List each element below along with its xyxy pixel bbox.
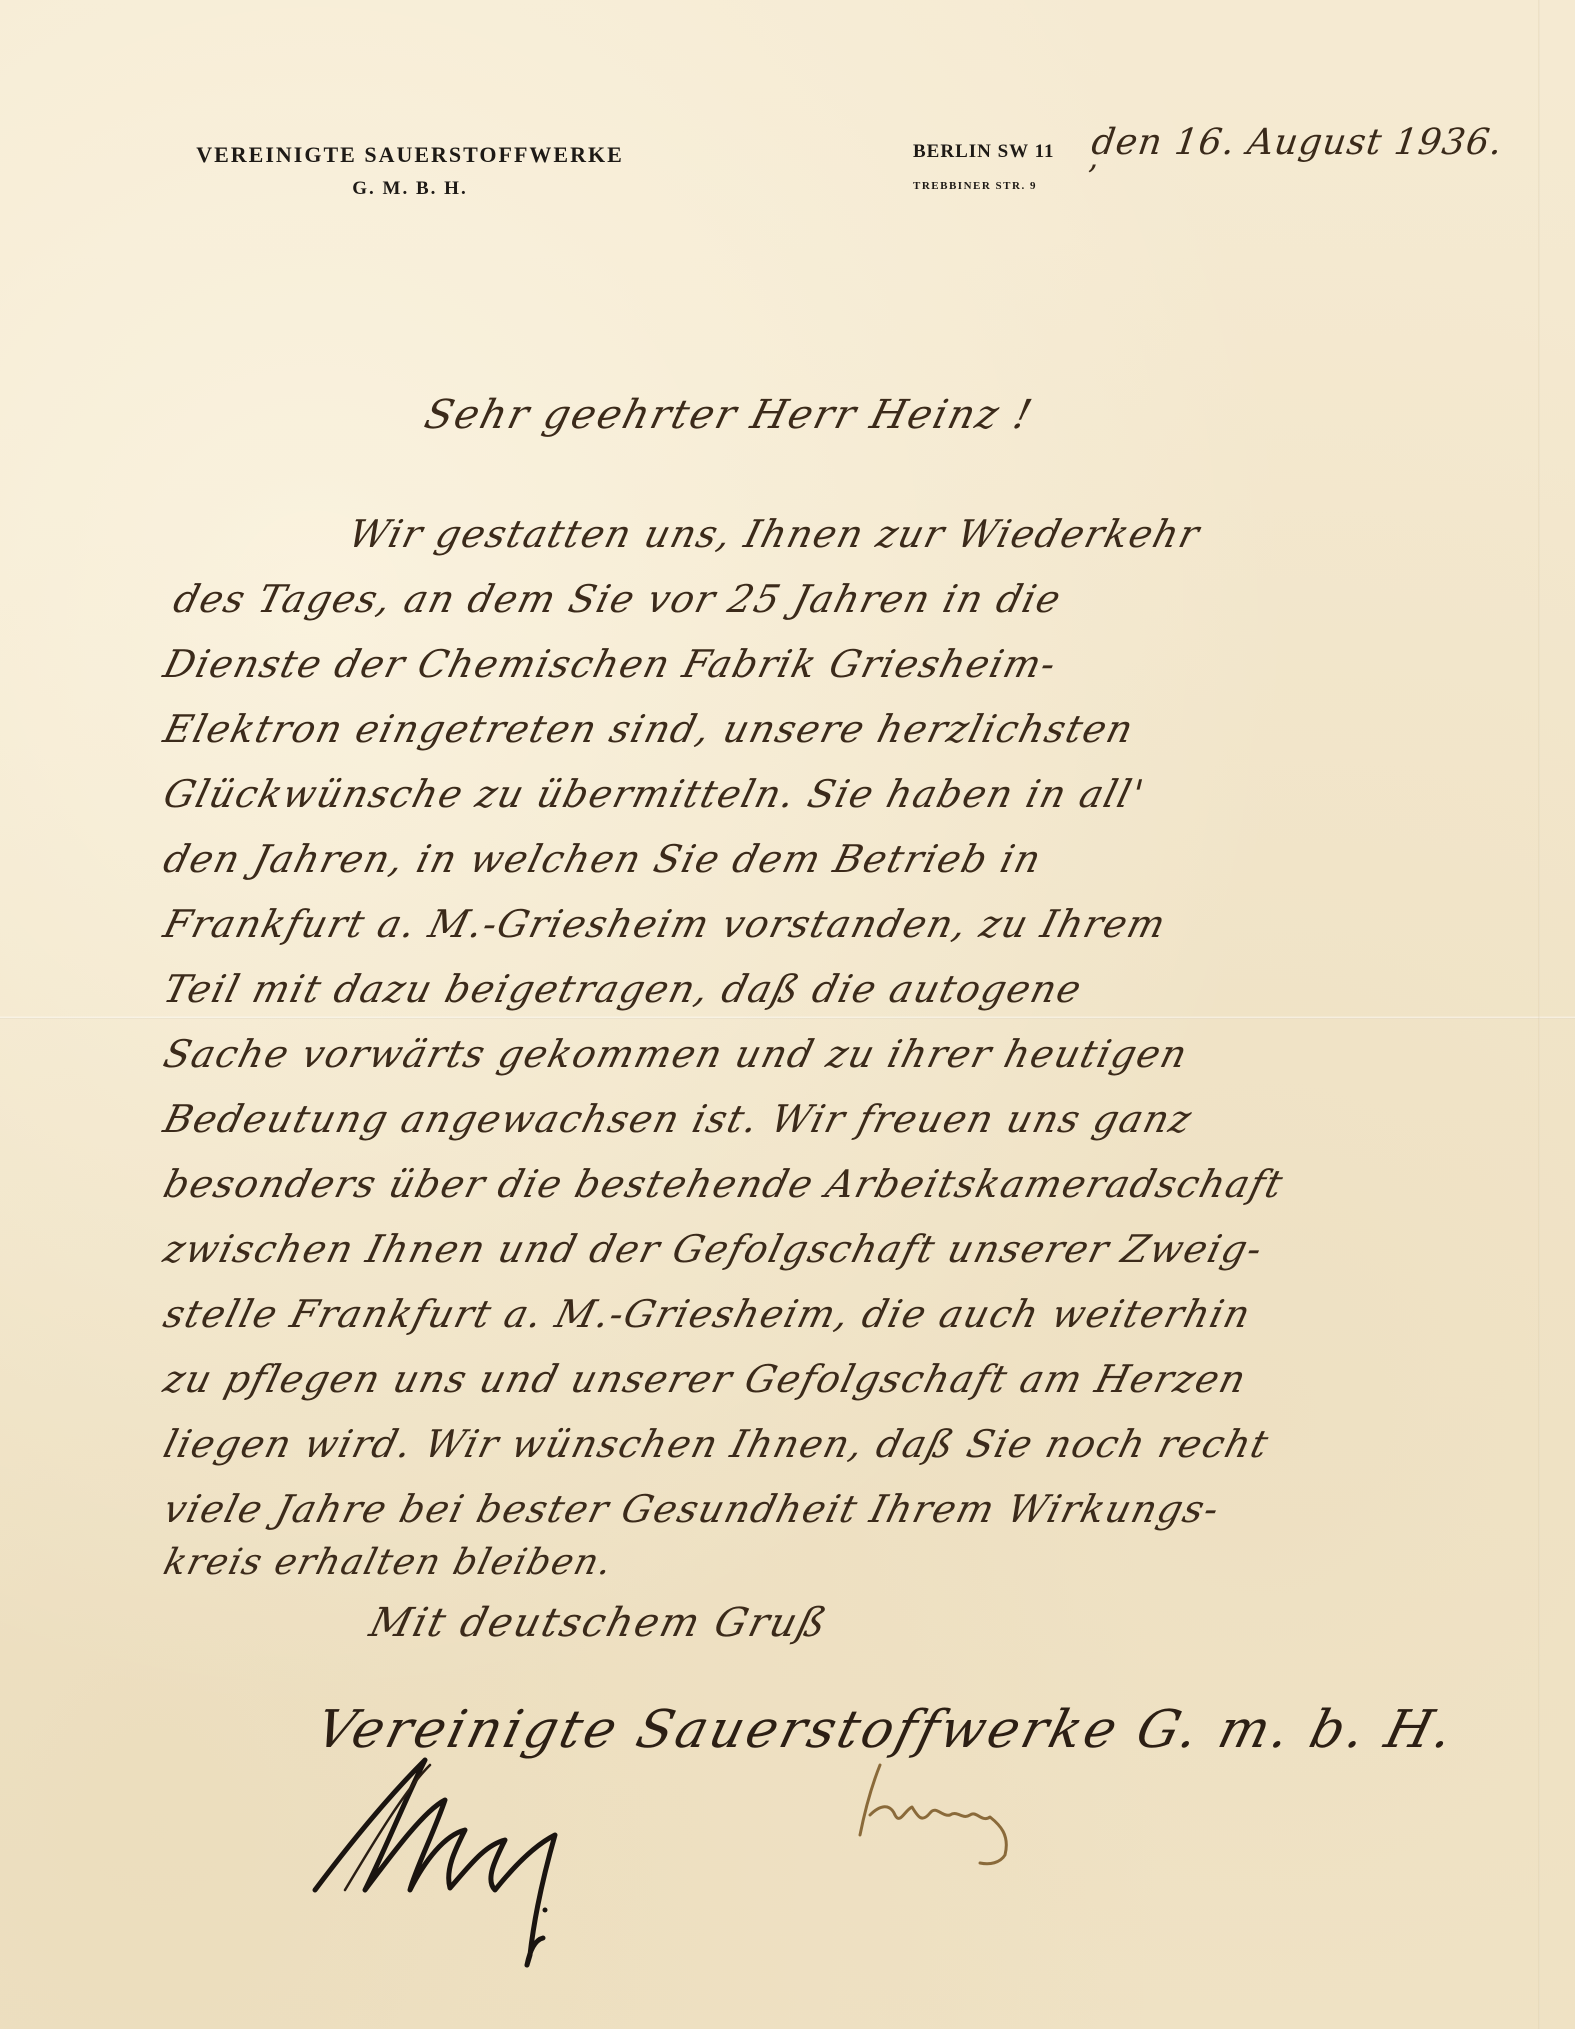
letterhead-company-block: VEREINIGTE SAUERSTOFFWERKE G. M. B. H. [135, 142, 685, 200]
body-line-17: kreis erhalten bleiben. [160, 1545, 617, 1581]
body-line-10: Bedeutung angewachsen ist. Wir freuen un… [160, 1100, 1196, 1138]
letterhead-city: BERLIN SW 11 [913, 141, 1055, 163]
body-line-4: Elektron eingetreten sind, unsere herzli… [160, 710, 1138, 748]
letterhead-company-name: VEREINIGTE SAUERSTOFFWERKE [135, 142, 685, 168]
paper-fold-vertical [1538, 0, 1540, 2029]
body-line-6: den Jahren, in welchen Sie dem Betrieb i… [160, 840, 1046, 878]
closing-greeting: Mit deutschem Gruß [365, 1600, 833, 1646]
signature-secondary [850, 1755, 1090, 1875]
body-line-13: stelle Frankfurt a. M.-Griesheim, die au… [160, 1295, 1255, 1333]
body-line-9: Sache vorwärts gekommen und zu ihrer heu… [160, 1035, 1192, 1073]
body-line-3: Dienste der Chemischen Fabrik Griesheim- [160, 645, 1061, 683]
body-line-16: viele Jahre bei bester Gesundheit Ihrem … [160, 1490, 1224, 1528]
body-line-8: Teil mit dazu beigetragen, daß die autog… [160, 970, 1086, 1008]
signature-main [305, 1740, 635, 1970]
body-line-5: Glückwünsche zu übermitteln. Sie haben i… [160, 775, 1148, 813]
letterhead-legal-form: G. M. B. H. [135, 178, 685, 200]
body-line-12: zwischen Ihnen und der Gefolgschaft unse… [160, 1230, 1267, 1268]
letter-date: den 16. August 1936. [1089, 122, 1505, 163]
body-line-1: Wir gestatten uns, Ihnen zur Wiederkehr [345, 515, 1204, 553]
body-line-11: besonders über die bestehende Arbeitskam… [160, 1165, 1288, 1203]
paper-fold-horizontal [0, 1016, 1575, 1019]
body-line-2: des Tages, an dem Sie vor 25 Jahren in d… [170, 580, 1066, 618]
body-line-7: Frankfurt a. M.-Griesheim vorstanden, zu… [160, 905, 1170, 943]
body-line-14: zu pflegen uns und unserer Gefolgschaft … [160, 1360, 1251, 1398]
letterhead-street: TREBBINER STR. 9 [913, 180, 1037, 192]
salutation: Sehr geehrter Herr Heinz ! [420, 392, 1038, 438]
body-line-15: liegen wird. Wir wünschen Ihnen, daß Sie… [160, 1425, 1273, 1463]
